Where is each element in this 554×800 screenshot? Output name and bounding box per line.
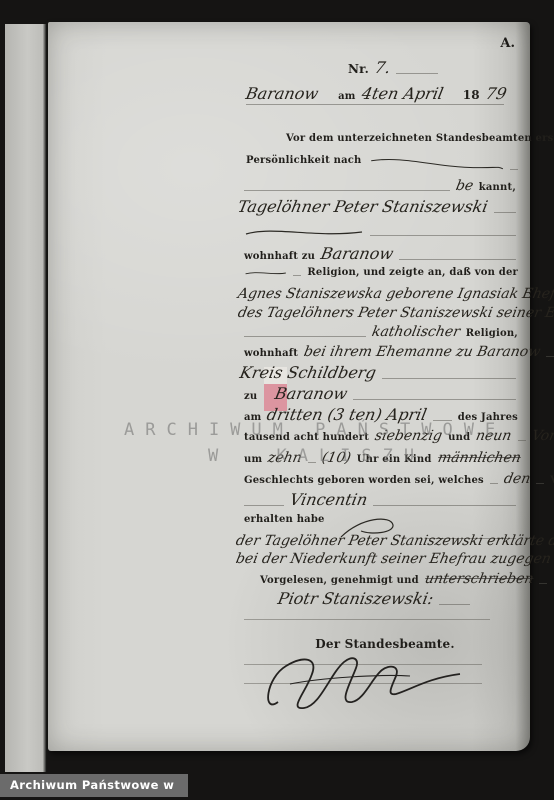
date-line: Baranow am 4ten April 18 79: [246, 86, 504, 105]
year-handwritten: 79: [484, 86, 507, 102]
book-page-edge: [5, 24, 47, 772]
nr-label: Nr.: [348, 63, 369, 75]
ruled-blank: [244, 504, 284, 506]
ruled-blank: [382, 377, 516, 379]
ruled-blank: [490, 482, 498, 484]
ruled-blank: [510, 168, 518, 170]
archive-watermark-line1: ARCHIWUM PAŃSTWOWE: [124, 420, 506, 440]
district-line: Kreis Schildberg: [240, 365, 516, 381]
ruled-blank: [439, 603, 470, 605]
birth-place-handwritten: Baranow: [274, 386, 349, 402]
ruled-blank: [293, 274, 301, 276]
record-number-row: Nr. 7.: [348, 60, 458, 76]
ruled-blank: [518, 439, 526, 441]
ruled-blank: [370, 234, 516, 236]
place-handwritten: Baranow: [244, 86, 319, 102]
gender-handwritten: männlichen: [436, 451, 522, 465]
mother-residence-handwritten: bei ihrem Ehemanne zu Baranow: [303, 345, 542, 359]
mother-religion-line: katholischer Religion,: [244, 325, 518, 339]
am-printed: am: [338, 92, 355, 102]
intro-printed-2: Persönlichkeit nach: [246, 156, 362, 166]
archive-footer-label: Archiwum Państwowe w Kaliszu: [0, 774, 188, 797]
ruled-line: [244, 619, 490, 620]
religion-intro-line: Religion, und zeigte an, daß von der: [244, 268, 518, 278]
bekannt-handwritten: be: [454, 179, 474, 193]
mother-residence-line: wohnhaft bei ihrem Ehemanne zu Baranow: [244, 345, 516, 359]
pen-flourish: [368, 156, 504, 172]
religion-handwritten: katholischer: [370, 325, 461, 339]
wohnhaft-printed: wohnhaft: [244, 349, 298, 359]
form-corner-letter: A.: [500, 36, 515, 51]
daytime-handwritten: Vormittags: [530, 429, 554, 443]
register-page: A. Nr. 7. Baranow am 4ten April 18 79 Vo…: [48, 22, 530, 751]
ruled-blank: [494, 211, 516, 213]
ruled-blank: [244, 335, 366, 337]
intro-printed-1: Vor dem unterzeichneten Standesbeamten e…: [286, 134, 554, 144]
unterschrieben-handwritten: unterschrieben: [423, 572, 534, 586]
declarant-handwritten: Tagelöhner Peter Staniszewski: [236, 199, 489, 215]
zu-printed: zu: [244, 392, 257, 402]
child-name-handwritten: Vincentin: [288, 492, 368, 508]
residence-handwritten: Baranow: [320, 246, 395, 262]
ruled-blank: [373, 504, 516, 506]
ruled-blank: [546, 355, 554, 357]
intro-line-1: Vor dem unterzeichneten Standesbeamten e…: [286, 134, 518, 144]
statement-line-1: der Tagelöhner Peter Staniszewski erklär…: [236, 534, 516, 548]
vorgelesen-printed: Vorgelesen, genehmigt und: [260, 576, 419, 586]
mother-handwritten-2: des Tagelöhners Peter Staniszewski seine…: [237, 306, 554, 320]
date-handwritten: 4ten April: [360, 86, 444, 102]
ruled-blank: [536, 482, 544, 484]
registrar-signature-flourish: [260, 644, 470, 716]
year-century-printed: 18: [463, 89, 480, 101]
flourish-line: [244, 224, 516, 238]
wohnhaft-zu-printed: wohnhaft zu: [244, 252, 315, 262]
spacer: [324, 99, 332, 100]
child-name-line: Vincentin: [244, 492, 516, 508]
ruled-blank: [539, 582, 547, 584]
geschlechts-line: Geschlechts geboren worden sei, welches …: [244, 472, 518, 486]
vornamen-printed: Vornamen: [550, 476, 554, 486]
bekannt-printed: kannt,: [479, 183, 516, 193]
mother-line-2: des Tagelöhners Peter Staniszewski seine…: [238, 306, 516, 320]
vorgelesen-line: Vorgelesen, genehmigt und unterschrieben: [260, 572, 516, 586]
ruled-blank: [396, 72, 438, 74]
mother-line-1: Agnes Staniszewska geborene Ignasiak Ehe…: [238, 287, 516, 301]
den-handwritten: den: [503, 472, 532, 486]
erhalten-habe-printed: erhalten habe: [244, 515, 325, 525]
declarant-line: Tagelöhner Peter Staniszewski: [238, 199, 516, 215]
ruled-blank: [399, 258, 516, 260]
intro-line-2: Persönlichkeit nach: [246, 156, 518, 172]
ruled-blank: [244, 189, 450, 191]
geschlechts-printed: Geschlechts geboren worden sei, welches: [244, 476, 484, 486]
religion-word-printed: Religion,: [466, 329, 518, 339]
birth-place-line: zu Baranow: [244, 386, 516, 402]
spacer: [449, 99, 457, 100]
father-signature-handwritten: Piotr Staniszewski:: [276, 591, 434, 607]
district-handwritten: Kreis Schildberg: [238, 365, 377, 381]
pen-dash-flourish: [244, 268, 287, 278]
bekannt-line: be kannt,: [244, 179, 516, 193]
mother-handwritten-1: Agnes Staniszewska geborene Ignasiak Ehe…: [237, 287, 554, 301]
statement-line-2: bei der Niederkunft seiner Ehefrau zugeg…: [236, 552, 516, 566]
religion-intro-printed: Religion, und zeigte an, daß von der: [307, 268, 518, 278]
statement-handwritten-2: bei der Niederkunft seiner Ehefrau zugeg…: [235, 552, 554, 566]
residence-line: wohnhaft zu Baranow: [244, 246, 516, 262]
record-number-handwritten: 7.: [373, 60, 391, 76]
archive-watermark-line2: W KALISZU: [208, 446, 425, 466]
pen-flourish: [244, 224, 364, 238]
statement-handwritten-1: der Tagelöhner Peter Staniszewski erklär…: [235, 534, 554, 548]
ruled-blank: [353, 398, 516, 400]
father-signature-line: Piotr Staniszewski:: [278, 591, 470, 607]
